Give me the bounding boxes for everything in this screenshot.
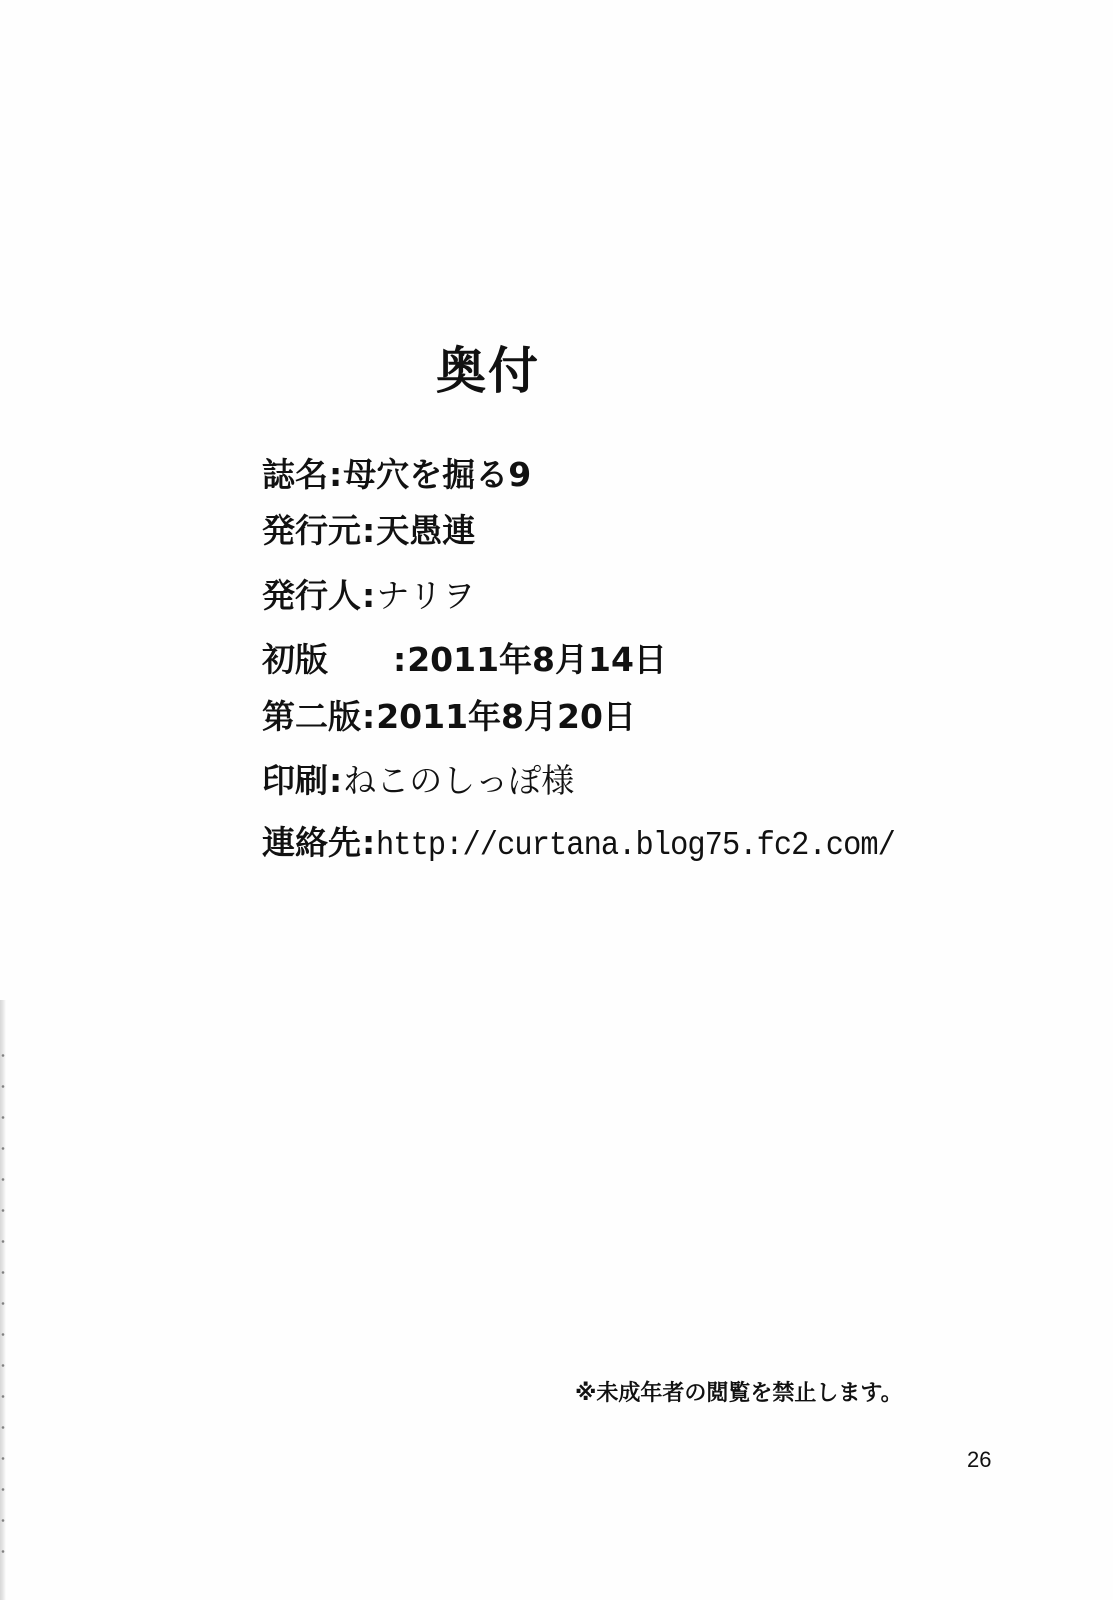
colophon-page: 奥付 誌名 : 母穴を掘る9 発行元 : 天愚連 発行人 : ナリヲ 初版 : … [0,0,1113,1600]
colophon-row-magazine-name: 誌名 : 母穴を掘る9 [262,458,531,491]
colophon-separator: : [362,514,375,547]
colophon-separator: : [362,826,375,859]
colophon-row-first-edition: 初版 : 2011年8月14日 [262,643,667,676]
colophon-value: 2011年8月20日 [376,700,636,733]
colophon-separator: : [393,643,406,676]
contact-url: http://curtana.blog75.fc2.com/ [376,829,895,862]
colophon-separator: : [329,764,342,797]
colophon-label: 第二版 [262,700,361,733]
colophon-label: 発行人 [262,579,361,612]
colophon-value: 母穴を掘る9 [343,458,531,491]
colophon-value: 天愚連 [376,514,475,547]
colophon-value: 2011年8月14日 [407,643,667,676]
page-number: 26 [967,1449,991,1471]
colophon-separator: : [362,579,375,612]
colophon-label: 初版 [262,643,392,676]
colophon-separator: : [329,458,342,491]
colophon-separator: : [362,700,375,733]
age-restriction-notice: ※未成年者の閲覧を禁止します。 [575,1383,903,1405]
colophon-value: ナリヲ [376,579,475,612]
colophon-label: 印刷 [262,764,328,797]
colophon-label: 発行元 [262,514,361,547]
page-title: 奥付 [436,346,540,396]
colophon-value: ねこのしっぽ様 [343,764,574,797]
colophon-row-contact: 連絡先 : http://curtana.blog75.fc2.com/ [262,826,940,862]
colophon-row-issuer: 発行人 : ナリヲ [262,579,475,612]
colophon-row-printer: 印刷 : ねこのしっぽ様 [262,764,574,797]
colophon-label: 誌名 [262,458,328,491]
scan-binding-marks [1,1040,5,1580]
colophon-label: 連絡先 [262,826,361,859]
colophon-row-publisher: 発行元 : 天愚連 [262,514,475,547]
colophon-row-second-edition: 第二版 : 2011年8月20日 [262,700,636,733]
